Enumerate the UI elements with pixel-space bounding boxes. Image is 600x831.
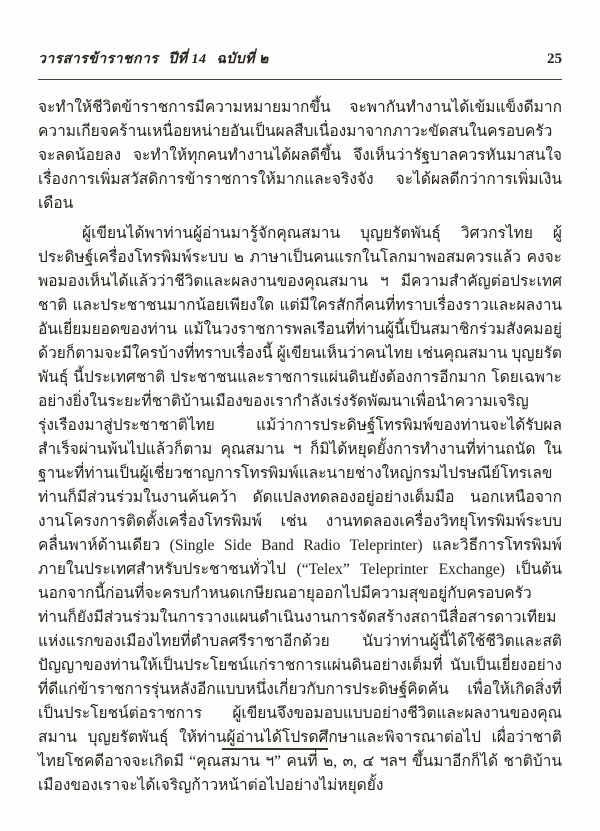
journal-name: วารสารข้าราชการ: [38, 52, 158, 67]
document-page: วารสารข้าราชการปีที่ 14ฉบับที่ ๒ 25 จะทำ…: [0, 0, 600, 831]
header-rule: [38, 79, 562, 80]
running-header: วารสารข้าราชการปีที่ 14ฉบับที่ ๒ 25: [38, 48, 562, 70]
journal-title: วารสารข้าราชการปีที่ 14ฉบับที่ ๒: [38, 48, 269, 70]
section-divider: [222, 748, 328, 750]
page-number: 25: [547, 51, 562, 68]
body-paragraph-1: จะทำให้ชีวิตข้าราชการมีความหมายมากขึ้น จ…: [38, 96, 562, 216]
journal-volume: ปีที่ 14: [168, 52, 206, 67]
article-body: จะทำให้ชีวิตข้าราชการมีความหมายมากขึ้น จ…: [38, 96, 562, 798]
body-paragraph-2: ผู้เขียนได้พาท่านผู้อ่านมารู้จักคุณสมาน …: [38, 222, 562, 798]
journal-issue: ฉบับที่ ๒: [216, 52, 268, 67]
